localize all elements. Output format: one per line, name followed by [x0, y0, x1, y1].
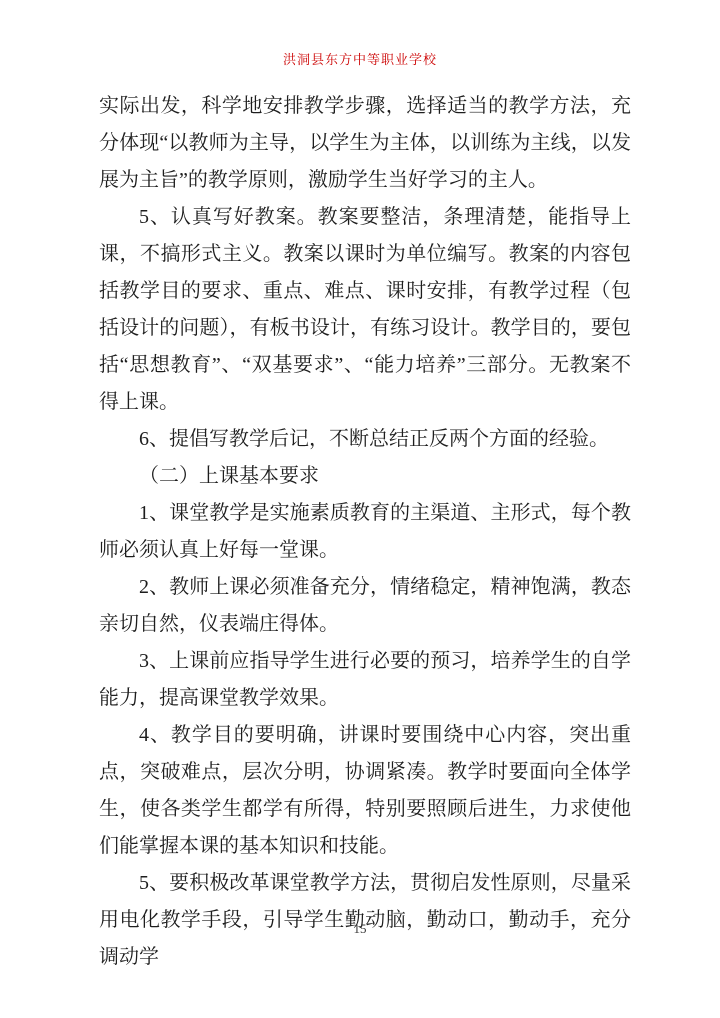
- document-body: 实际出发，科学地安排教学步骤，选择适当的教学方法，充分体现“以教师为主导，以学生…: [99, 88, 631, 976]
- paragraph: 2、教师上课必须准备充分，情绪稳定，精神饱满，教态亲切自然，仪表端庄得体。: [99, 569, 631, 643]
- paragraph: 1、课堂教学是实施素质教育的主渠道、主形式，每个教师必须认真上好每一堂课。: [99, 495, 631, 569]
- paragraph: 4、教学目的要明确，讲课时要围绕中心内容，突出重点，突破难点，层次分明，协调紧凑…: [99, 717, 631, 865]
- paragraph: 6、提倡写教学后记，不断总结正反两个方面的经验。: [99, 421, 631, 458]
- paragraph: 5、认真写好教案。教案要整洁，条理清楚，能指导上课，不搞形式主义。教案以课时为单…: [99, 199, 631, 421]
- paragraph: （二）上课基本要求: [99, 458, 631, 495]
- page-number: 15: [0, 921, 720, 937]
- document-header-title: 洪洞县东方中等职业学校: [0, 49, 720, 68]
- document-page: 洪洞县东方中等职业学校 实际出发，科学地安排教学步骤，选择适当的教学方法，充分体…: [0, 0, 720, 1018]
- paragraph: 3、上课前应指导学生进行必要的预习，培养学生的自学能力，提高课堂教学效果。: [99, 643, 631, 717]
- paragraph: 实际出发，科学地安排教学步骤，选择适当的教学方法，充分体现“以教师为主导，以学生…: [99, 88, 631, 199]
